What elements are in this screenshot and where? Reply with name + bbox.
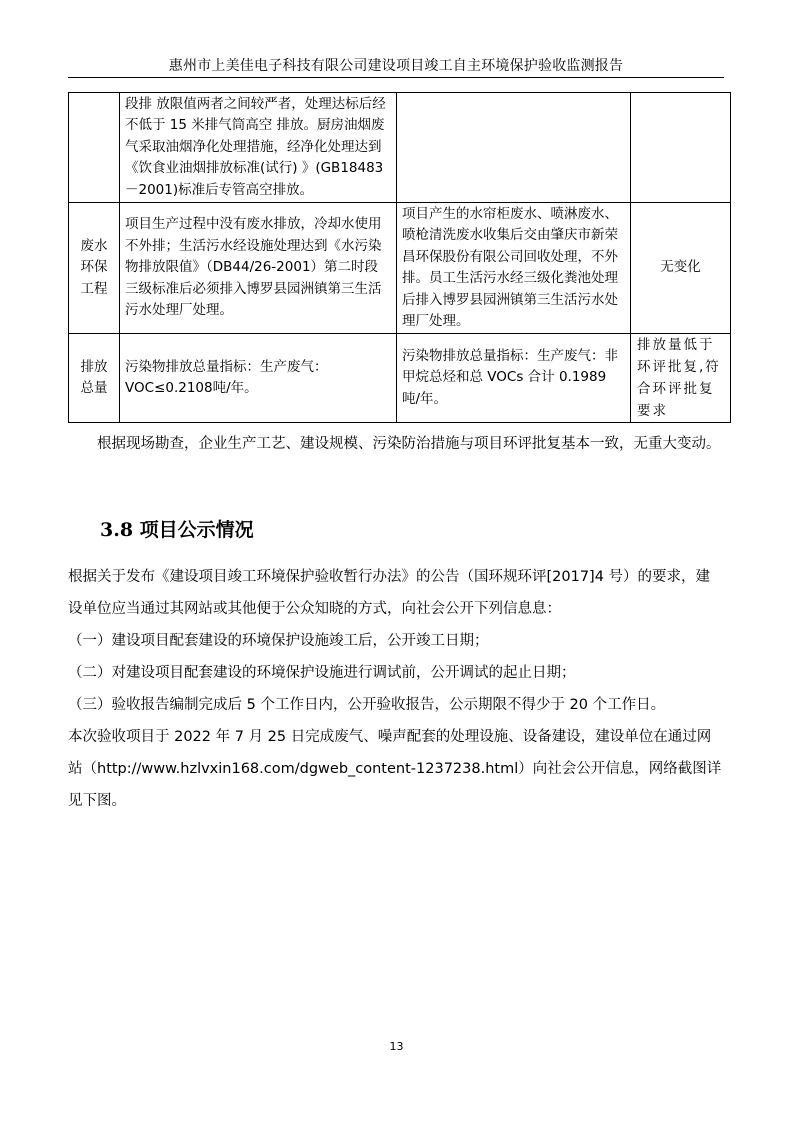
page-number: 13: [0, 1040, 793, 1053]
table-cell-eia-requirement: 段排 放限值两者之间较严者，处理达标后经不低于 15 米排气筒高空 排放。厨房油…: [120, 93, 397, 203]
table-cell-actual-situation: 项目产生的水帘柜废水、喷淋废水、喷枪清洗废水收集后交由肇庆市新荣昌环保股份有限公…: [397, 203, 631, 334]
table-cell-category: [69, 93, 120, 203]
table-row: 废水环保工程 项目生产过程中没有废水排放，冷却水使用不外排；生活污水经设施处理达…: [69, 203, 731, 334]
section-heading: 3.8 项目公示情况: [100, 514, 254, 546]
table-cell-change: 无变化: [631, 203, 731, 334]
eia-comparison-table: 段排 放限值两者之间较严者，处理达标后经不低于 15 米排气筒高空 排放。厨房油…: [68, 92, 731, 423]
table-row: 排放总量 污染物排放总量指标：生产废气：VOC≤0.2108吨/年。 污染物排放…: [69, 334, 731, 423]
header-divider: [68, 77, 724, 78]
table-cell-category: 排放总量: [69, 334, 120, 423]
table-cell-actual-situation: 污染物排放总量指标：生产废气：非甲烷总烃和总 VOCs 合计 0.1989 吨/…: [397, 334, 631, 423]
table-cell-eia-requirement: 污染物排放总量指标：生产废气：VOC≤0.2108吨/年。: [120, 334, 397, 423]
conclusion-paragraph: 根据现场勘查，企业生产工艺、建设规模、污染防治措施与项目环评批复基本一致，无重大…: [68, 428, 724, 460]
intro-paragraph: 根据关于发布《建设项目竣工环境保护验收暂行办法》的公告（国环规环评[2017]4…: [68, 561, 724, 625]
table-cell-category: 废水环保工程: [69, 203, 120, 334]
table-cell-change: [631, 93, 731, 203]
table-cell-change: 排放量低于环评批复,符合环评批复要求: [631, 334, 731, 423]
table-row: 段排 放限值两者之间较严者，处理达标后经不低于 15 米排气筒高空 排放。厨房油…: [69, 93, 731, 203]
document-header-title: 惠州市上美佳电子科技有限公司建设项目竣工自主环境保护验收监测报告: [68, 57, 724, 75]
table-cell-actual-situation: [397, 93, 631, 203]
list-item: （一）建设项目配套建设的环境保护设施竣工后，公开竣工日期；: [68, 625, 724, 657]
table-cell-eia-requirement: 项目生产过程中没有废水排放，冷却水使用不外排；生活污水经设施处理达到《水污染物排…: [120, 203, 397, 334]
list-item: （三）验收报告编制完成后 5 个工作日内，公开验收报告，公示期限不得少于 20 …: [68, 689, 724, 721]
disclosure-paragraph: 本次验收项目于 2022 年 7 月 25 日完成废气、噪声配套的处理设施、设备…: [68, 721, 724, 817]
list-item: （二）对建设项目配套建设的环境保护设施进行调试前，公开调试的起止日期；: [68, 657, 724, 689]
